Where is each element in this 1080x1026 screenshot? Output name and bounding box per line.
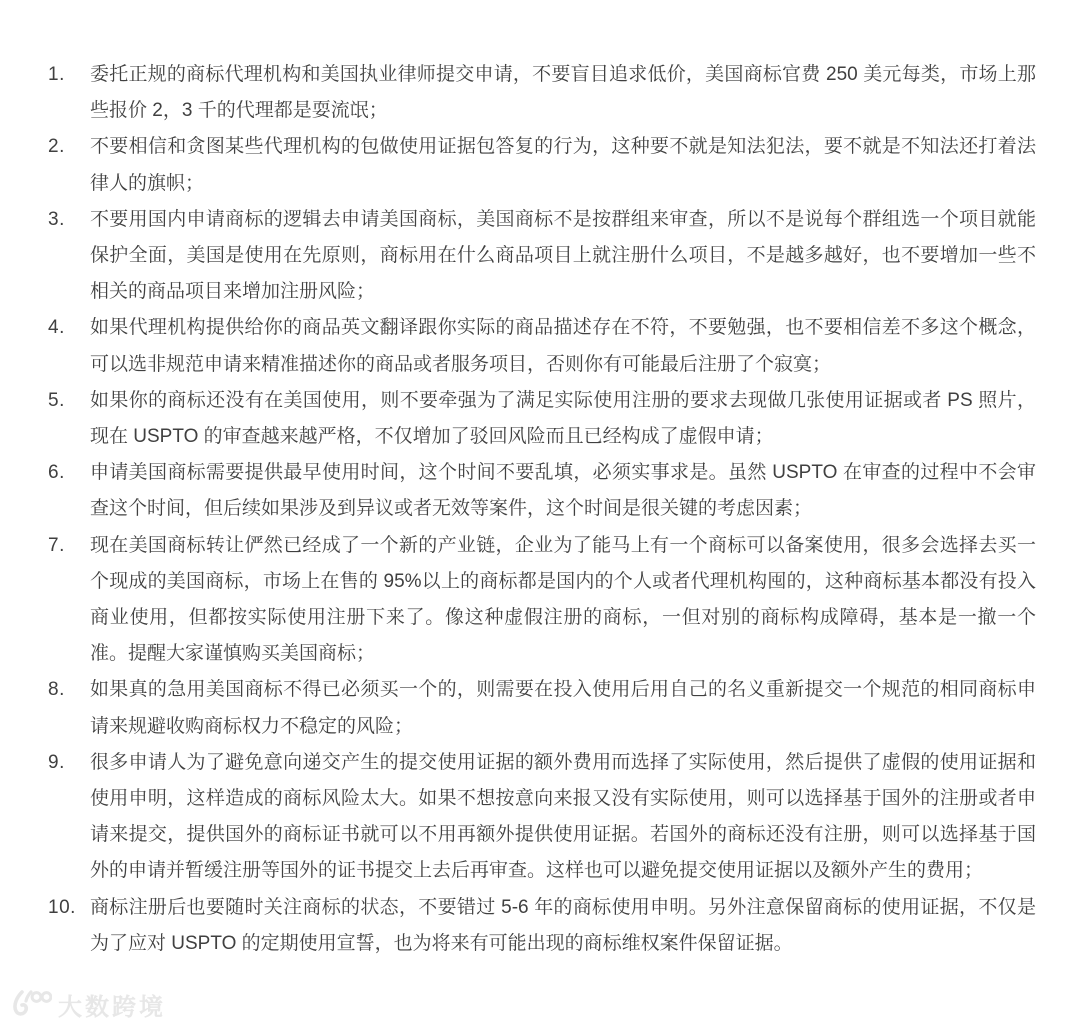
item-number: 6. bbox=[48, 455, 90, 491]
item-text: 申请美国商标需要提供最早使用时间，这个时间不要乱填，必须实事求是。虽然 USPT… bbox=[90, 455, 1036, 527]
list-item: 2. 不要相信和贪图某些代理机构的包做使用证据包答复的行为，这种要不就是知法犯法… bbox=[48, 129, 1036, 201]
list-item: 1. 委托正规的商标代理机构和美国执业律师提交申请，不要盲目追求低价，美国商标官… bbox=[48, 57, 1036, 129]
item-number: 1. bbox=[48, 57, 90, 93]
item-number: 10. bbox=[48, 890, 90, 926]
item-number: 9. bbox=[48, 745, 90, 781]
item-number: 4. bbox=[48, 310, 90, 346]
list-item: 6. 申请美国商标需要提供最早使用时间，这个时间不要乱填，必须实事求是。虽然 U… bbox=[48, 455, 1036, 527]
item-number: 5. bbox=[48, 383, 90, 419]
watermark: 大数跨境 bbox=[10, 988, 166, 1020]
swirl-100-logo-icon bbox=[10, 989, 52, 1019]
list-item: 8. 如果真的急用美国商标不得已必须买一个的，则需要在投入使用后用自己的名义重新… bbox=[48, 672, 1036, 744]
item-number: 8. bbox=[48, 672, 90, 708]
item-number: 3. bbox=[48, 202, 90, 238]
list-item: 3. 不要用国内申请商标的逻辑去申请美国商标，美国商标不是按群组来审查，所以不是… bbox=[48, 202, 1036, 311]
item-text: 如果你的商标还没有在美国使用，则不要牵强为了满足实际使用注册的要求去现做几张使用… bbox=[90, 383, 1036, 455]
item-number: 7. bbox=[48, 528, 90, 564]
item-text: 商标注册后也要随时关注商标的状态，不要错过 5-6 年的商标使用申明。另外注意保… bbox=[90, 890, 1036, 962]
list-item: 4. 如果代理机构提供给你的商品英文翻译跟你实际的商品描述存在不符，不要勉强，也… bbox=[48, 310, 1036, 382]
item-text: 委托正规的商标代理机构和美国执业律师提交申请，不要盲目追求低价，美国商标官费 2… bbox=[90, 57, 1036, 129]
item-text: 现在美国商标转让俨然已经成了一个新的产业链，企业为了能马上有一个商标可以备案使用… bbox=[90, 528, 1036, 673]
item-text: 如果代理机构提供给你的商品英文翻译跟你实际的商品描述存在不符，不要勉强，也不要相… bbox=[90, 310, 1036, 382]
list-item: 5. 如果你的商标还没有在美国使用，则不要牵强为了满足实际使用注册的要求去现做几… bbox=[48, 383, 1036, 455]
list-item: 10. 商标注册后也要随时关注商标的状态，不要错过 5-6 年的商标使用申明。另… bbox=[48, 890, 1036, 962]
advice-list: 1. 委托正规的商标代理机构和美国执业律师提交申请，不要盲目追求低价，美国商标官… bbox=[48, 57, 1036, 962]
item-text: 不要相信和贪图某些代理机构的包做使用证据包答复的行为，这种要不就是知法犯法，要不… bbox=[90, 129, 1036, 201]
watermark-text: 大数跨境 bbox=[58, 987, 166, 1022]
item-text: 很多申请人为了避免意向递交产生的提交使用证据的额外费用而选择了实际使用，然后提供… bbox=[90, 745, 1036, 890]
item-number: 2. bbox=[48, 129, 90, 165]
item-text: 如果真的急用美国商标不得已必须买一个的，则需要在投入使用后用自己的名义重新提交一… bbox=[90, 672, 1036, 744]
list-item: 7. 现在美国商标转让俨然已经成了一个新的产业链，企业为了能马上有一个商标可以备… bbox=[48, 528, 1036, 673]
list-item: 9. 很多申请人为了避免意向递交产生的提交使用证据的额外费用而选择了实际使用，然… bbox=[48, 745, 1036, 890]
page: { "page": { "background": "#ffffff", "te… bbox=[0, 0, 1080, 1026]
item-text: 不要用国内申请商标的逻辑去申请美国商标，美国商标不是按群组来审查，所以不是说每个… bbox=[90, 202, 1036, 311]
